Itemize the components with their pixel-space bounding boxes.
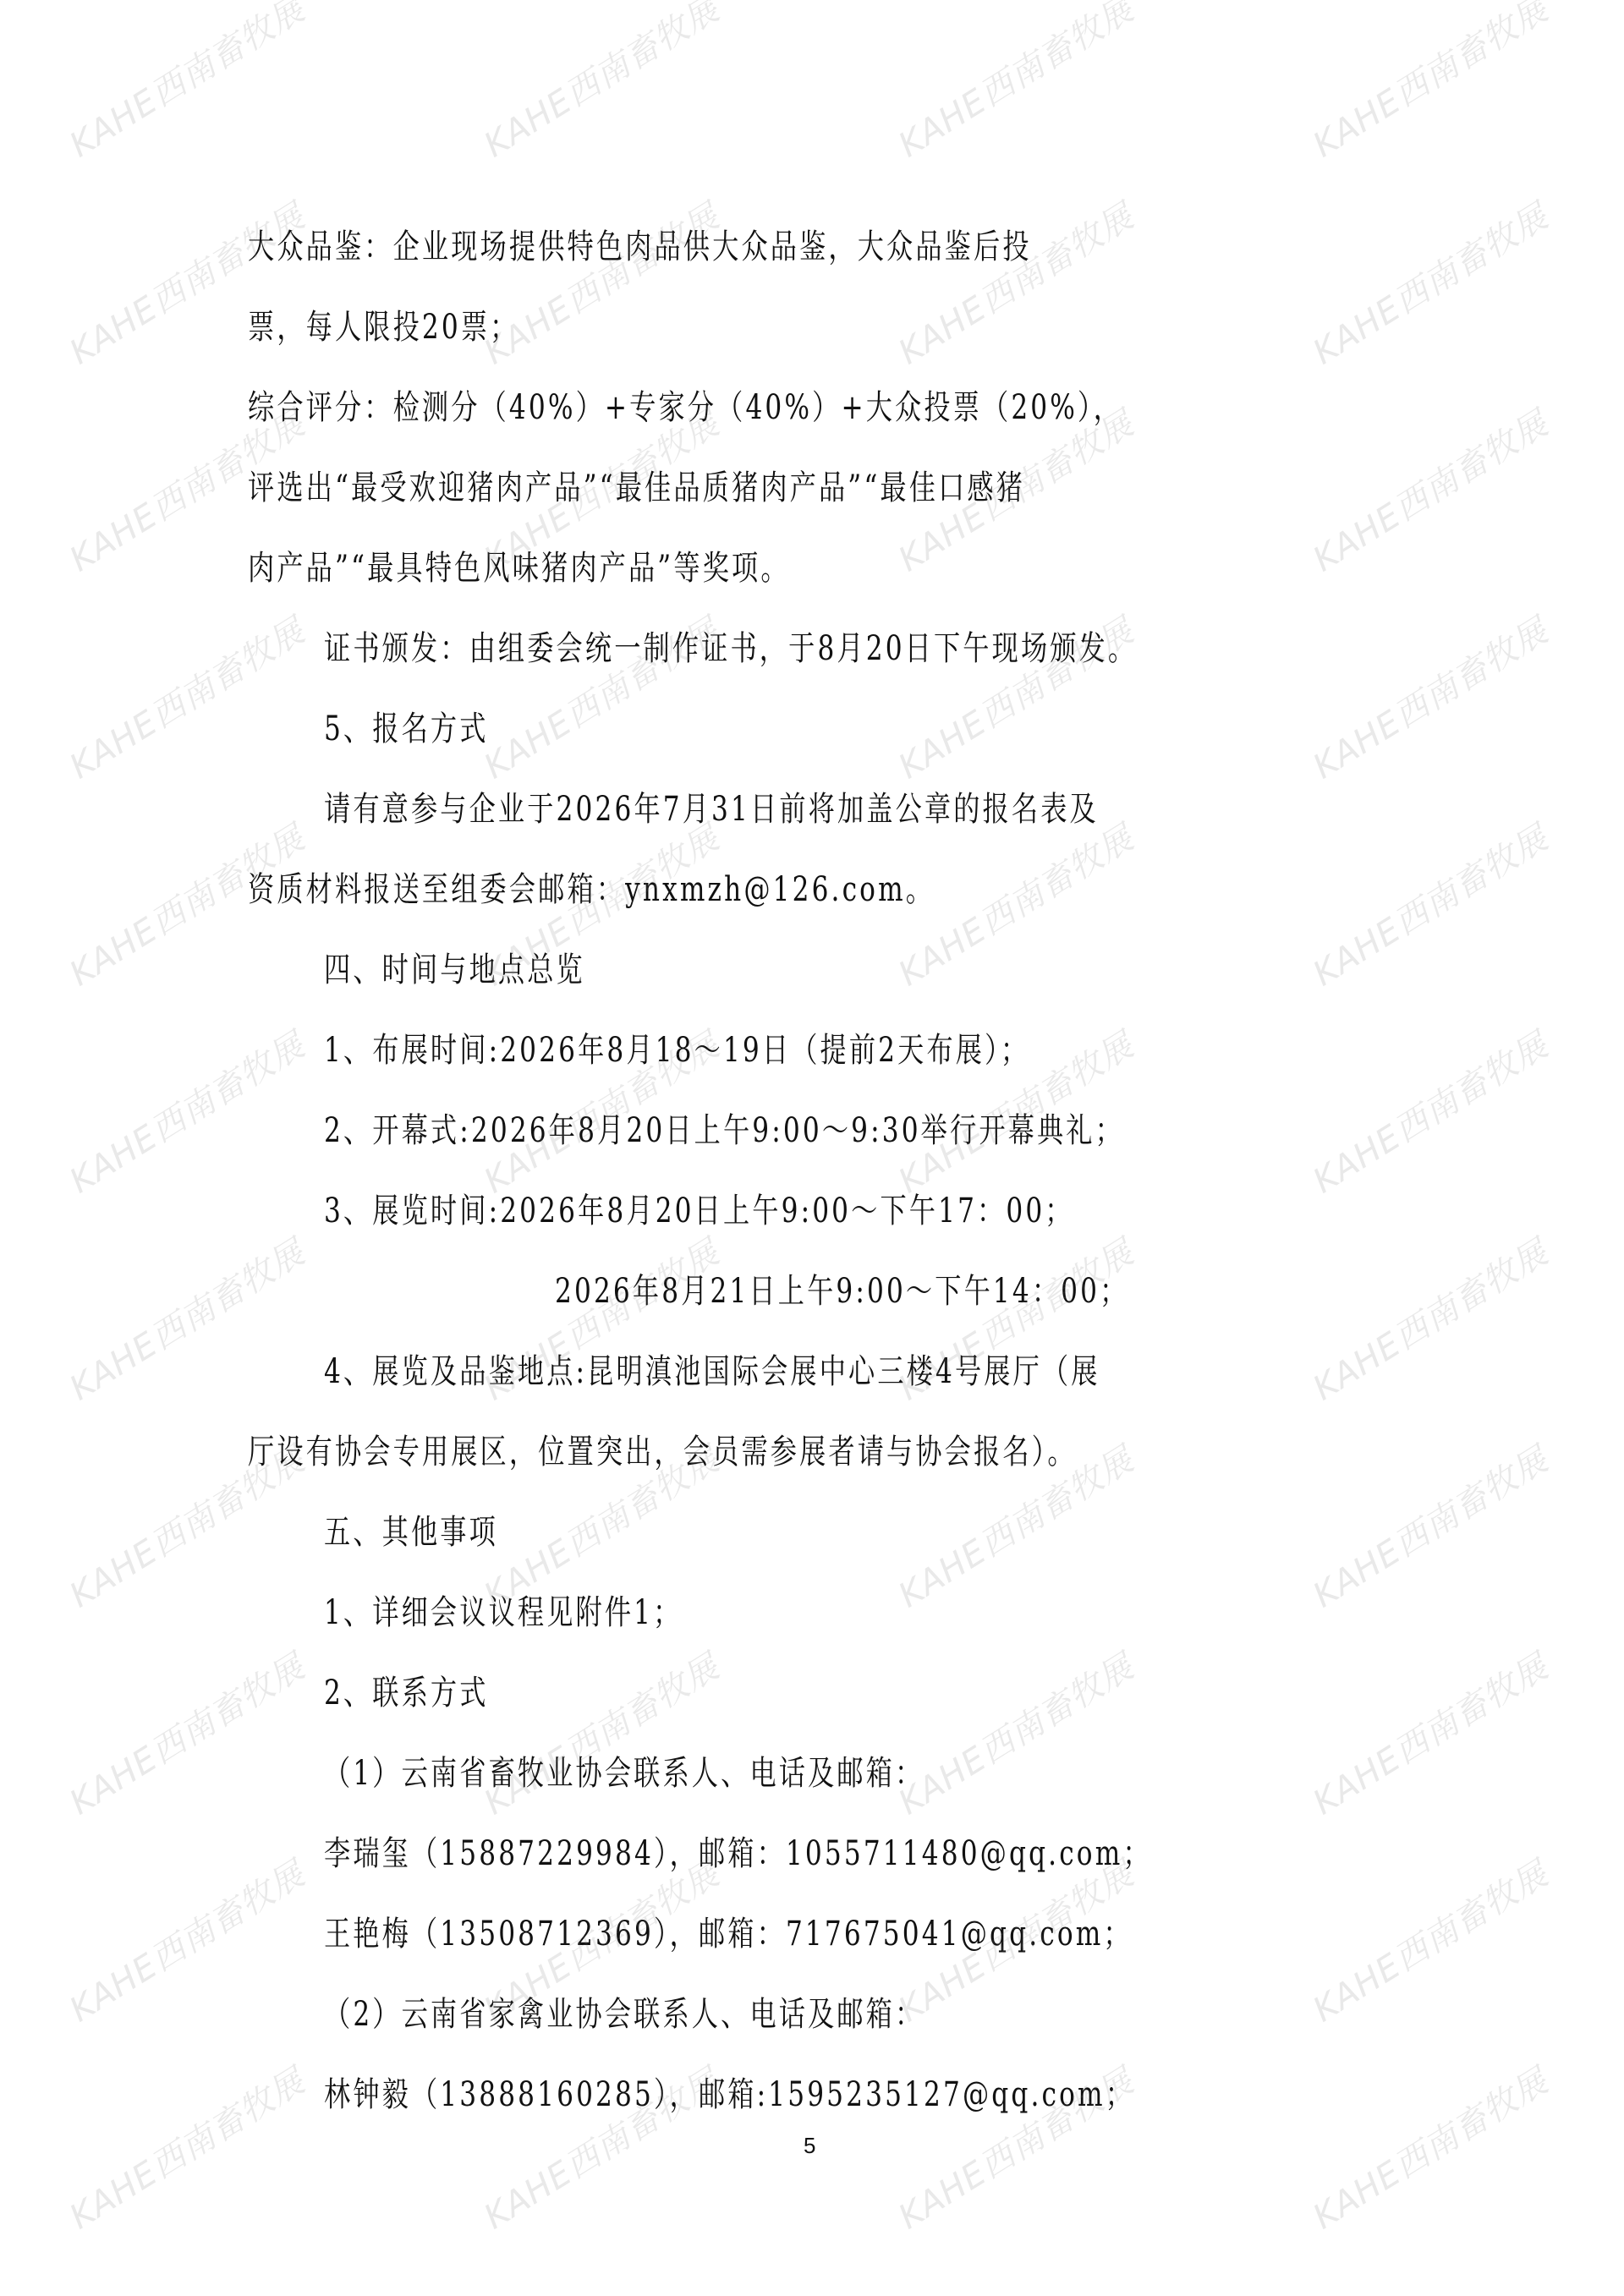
contact-group-poultry: （2）云南省家禽业协会联系人、电话及邮箱： bbox=[324, 1994, 924, 2035]
contact-li-ruixi: 李瑞玺（15887229984），邮箱：1055711480@qq.com； bbox=[324, 1833, 1152, 1874]
paragraph-scoring-line2: 评选出“最受欢迎猪肉产品”“最佳品质猪肉产品”“最佳口感猪 bbox=[248, 468, 1025, 508]
watermark-text: KAHE西南畜牧展 bbox=[888, 0, 1142, 167]
watermark-text: KAHE西南畜牧展 bbox=[59, 1848, 313, 2031]
item-venue-line2: 厅设有协会专用展区，位置突出，会员需参展者请与协会报名）。 bbox=[248, 1432, 1077, 1472]
watermark-text: KAHE西南畜牧展 bbox=[888, 190, 1142, 374]
contact-wang-yanmei: 王艳梅（13508712369），邮箱：717675041@qq.com； bbox=[324, 1914, 1133, 1954]
watermark-text: KAHE西南畜牧展 bbox=[1303, 1019, 1556, 1203]
contact-lin-zhongyi: 林钟毅（13888160285），邮箱:1595235127@qq.com； bbox=[324, 2074, 1134, 2115]
contact-group-livestock: （1）云南省畜牧业协会联系人、电话及邮箱： bbox=[324, 1753, 924, 1794]
watermark-text: KAHE西南畜牧展 bbox=[888, 1641, 1142, 1824]
item-exhibition-time-day2: 2026年8月21日上午9:00～下午14：00； bbox=[555, 1271, 1128, 1312]
watermark-text: KAHE西南畜牧展 bbox=[59, 1226, 313, 1410]
watermark-text: KAHE西南畜牧展 bbox=[1303, 812, 1556, 995]
page-number: 5 bbox=[804, 2133, 815, 2159]
item-exhibition-time-day1: 3、展览时间:2026年8月20日上午9:00～下午17：00； bbox=[324, 1191, 1074, 1231]
watermark-text: KAHE西南畜牧展 bbox=[1303, 1848, 1556, 2031]
watermark-text: KAHE西南畜牧展 bbox=[1303, 1226, 1556, 1410]
paragraph-certificate: 证书颁发：由组委会统一制作证书，于8月20日下午现场颁发。 bbox=[324, 628, 1137, 669]
heading-time-location: 四、时间与地点总览 bbox=[324, 950, 585, 990]
watermark-text: KAHE西南畜牧展 bbox=[1303, 397, 1556, 581]
watermark-text: KAHE西南畜牧展 bbox=[1303, 1641, 1556, 1824]
watermark-text: KAHE西南畜牧展 bbox=[1303, 2055, 1556, 2238]
paragraph-registration-line1: 请有意参与企业于2026年7月31日前将加盖公章的报名表及 bbox=[324, 789, 1099, 830]
item-opening-ceremony: 2、开幕式:2026年8月20日上午9:00～9:30举行开幕典礼； bbox=[324, 1110, 1124, 1151]
item-venue-line1: 4、展览及品鉴地点:昆明滇池国际会展中心三楼4号展厅（展 bbox=[324, 1351, 1100, 1392]
heading-registration: 5、报名方式 bbox=[324, 709, 489, 749]
watermark-text: KAHE西南畜牧展 bbox=[59, 1641, 313, 1824]
watermark-text: KAHE西南畜牧展 bbox=[1303, 605, 1556, 788]
paragraph-scoring-line1: 综合评分：检测分（40%）+专家分（40%）+大众投票（20%）， bbox=[248, 387, 1122, 428]
watermark-text: KAHE西南畜牧展 bbox=[474, 0, 727, 167]
document-page: 大众品鉴：企业现场提供特色肉品供大众品鉴，大众品鉴后投 票，每人限投20票； 综… bbox=[0, 0, 1624, 2296]
item-setup-time: 1、布展时间:2026年8月18～19日（提前2天布展）； bbox=[324, 1030, 1029, 1071]
item-contact-heading: 2、联系方式 bbox=[324, 1673, 489, 1713]
watermark-text: KAHE西南畜牧展 bbox=[59, 2055, 313, 2238]
heading-other-matters: 五、其他事项 bbox=[324, 1512, 498, 1553]
watermark-text: KAHE西南畜牧展 bbox=[59, 1019, 313, 1203]
watermark-text: KAHE西南畜牧展 bbox=[1303, 0, 1556, 167]
paragraph-public-tasting-line2: 票，每人限投20票； bbox=[248, 307, 519, 348]
paragraph-registration-line2: 资质材料报送至组委会邮箱：ynxmzh@126.com。 bbox=[248, 869, 935, 910]
paragraph-scoring-line3: 肉产品”“最具特色风味猪肉产品”等奖项。 bbox=[248, 548, 790, 589]
watermark-text: KAHE西南畜牧展 bbox=[1303, 190, 1556, 374]
watermark-text: KAHE西南畜牧展 bbox=[474, 1641, 727, 1824]
watermark-text: KAHE西南畜牧展 bbox=[1303, 1433, 1556, 1617]
paragraph-public-tasting-line1: 大众品鉴：企业现场提供特色肉品供大众品鉴，大众品鉴后投 bbox=[248, 227, 1032, 267]
watermark-text: KAHE西南畜牧展 bbox=[59, 605, 313, 788]
watermark-text: KAHE西南畜牧展 bbox=[59, 0, 313, 167]
item-agenda: 1、详细会议议程见附件1； bbox=[324, 1592, 682, 1633]
